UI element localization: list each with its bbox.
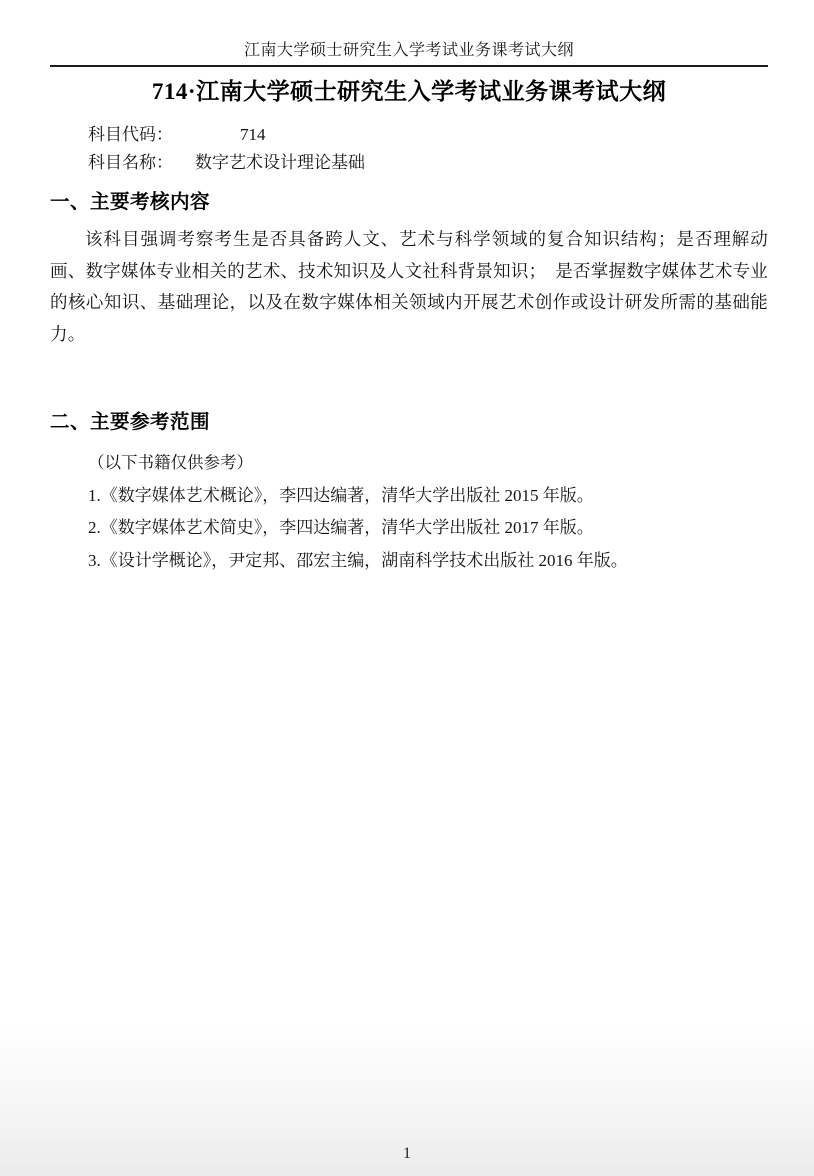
subject-code-value: 714 bbox=[240, 125, 266, 144]
subject-name-label: 科目名称： bbox=[88, 149, 195, 177]
document-title: 714·江南大学硕士研究生入学考试业务课考试大纲 bbox=[50, 78, 768, 107]
section2-heading: 二、主要参考范围 bbox=[50, 410, 768, 435]
subject-meta: 科目代码：714 科目名称：数字艺术设计理论基础 bbox=[50, 121, 768, 177]
reference-note: （以下书籍仅供参考） bbox=[50, 448, 768, 478]
running-header: 江南大学硕士研究生入学考试业务课考试大纲 bbox=[50, 0, 768, 60]
section1-heading: 一、主要考核内容 bbox=[50, 190, 768, 215]
reference-book-list: 1.《数字媒体艺术概论》，李四达编著，清华大学出版社 2015 年版。 2.《数… bbox=[50, 480, 768, 578]
page-content: 江南大学硕士研究生入学考试业务课考试大纲 714·江南大学硕士研究生入学考试业务… bbox=[0, 0, 814, 577]
book-item-2: 2.《数字媒体艺术简史》，李四达编著，清华大学出版社 2017 年版。 bbox=[88, 512, 768, 545]
subject-name-value: 数字艺术设计理论基础 bbox=[195, 153, 365, 172]
page-number: 1 bbox=[0, 1145, 814, 1163]
document-page: 江南大学硕士研究生入学考试业务课考试大纲 714·江南大学硕士研究生入学考试业务… bbox=[0, 0, 814, 1176]
subject-code-row: 科目代码：714 bbox=[88, 121, 768, 149]
section1-paragraph: 该科目强调考察考生是否具备跨人文、艺术与科学领域的复合知识结构；是否理解动画、数… bbox=[50, 224, 768, 350]
book-item-3: 3.《设计学概论》，尹定邦、邵宏主编，湖南科学技术出版社 2016 年版。 bbox=[88, 545, 768, 578]
header-divider bbox=[50, 65, 768, 67]
subject-code-label: 科目代码： bbox=[88, 121, 240, 149]
book-item-1: 1.《数字媒体艺术概论》，李四达编著，清华大学出版社 2015 年版。 bbox=[88, 480, 768, 513]
subject-name-row: 科目名称：数字艺术设计理论基础 bbox=[88, 149, 768, 177]
